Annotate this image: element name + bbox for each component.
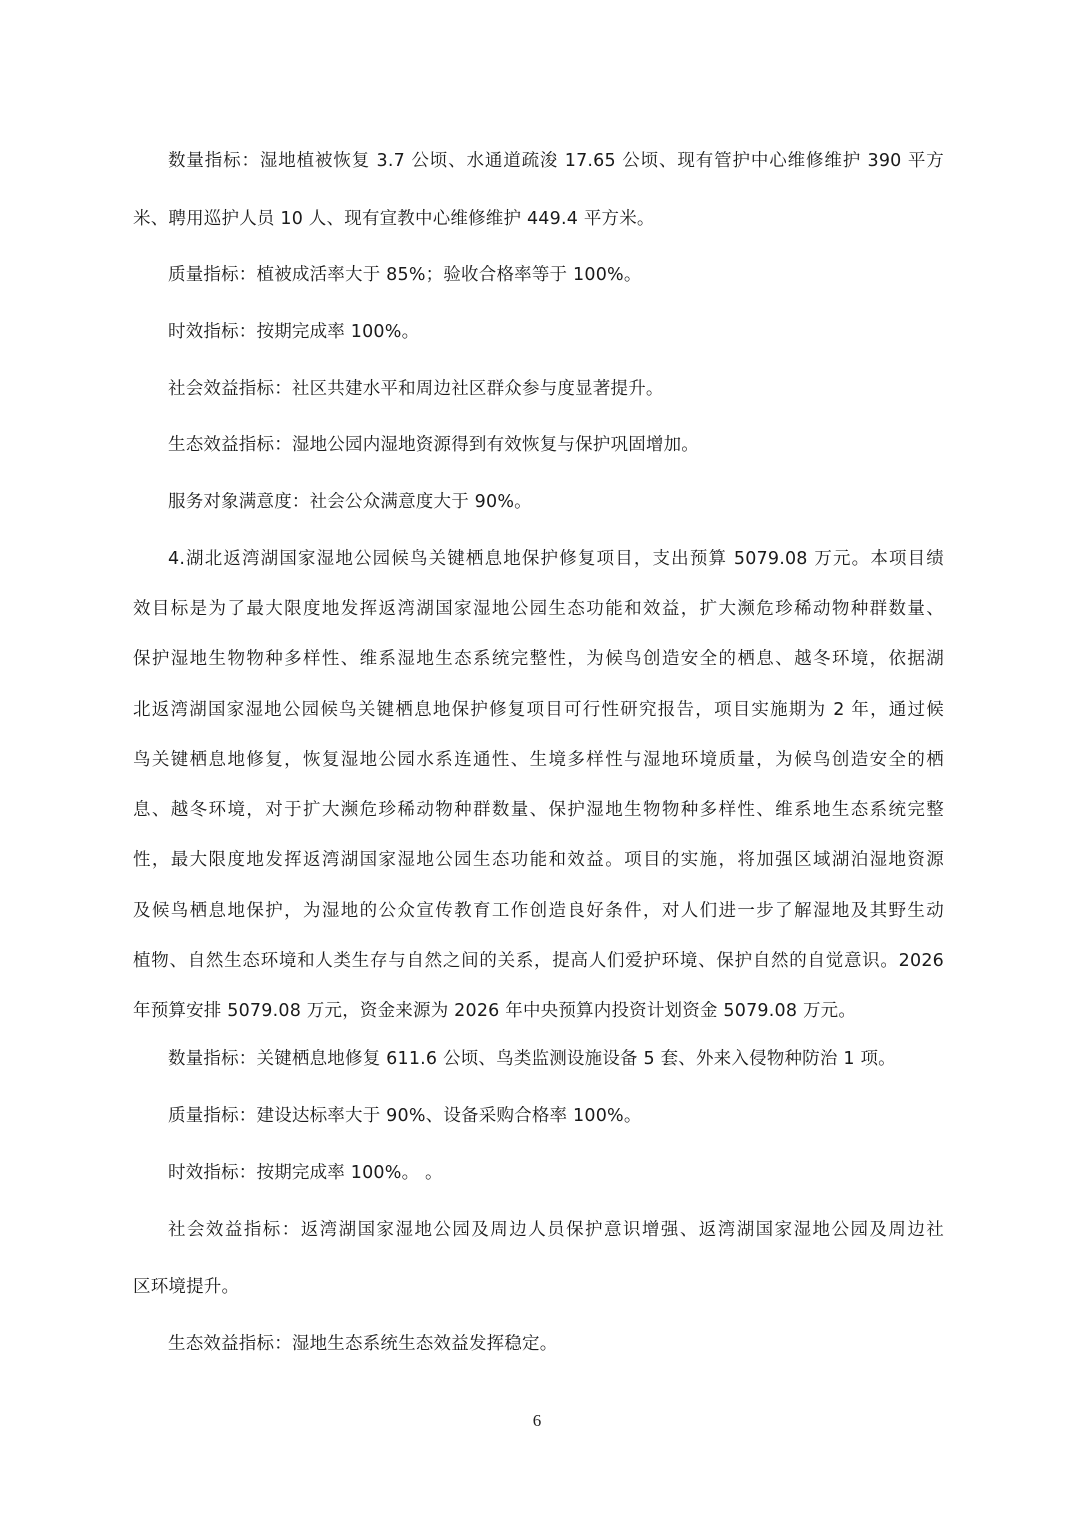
text-line: 质量指标：植被成活率大于 85%；验收合格率等于 100%。 — [133, 263, 642, 287]
text-line: 区环境提升。 — [133, 1275, 239, 1299]
text-line: 社会效益指标：社区共建水平和周边社区群众参与度显著提升。 — [133, 377, 664, 401]
text-line: 保护湿地生物物种多样性、维系湿地生态系统完整性，为候鸟创造安全的栖息、越冬环境，… — [133, 647, 944, 671]
text-line: 生态效益指标：湿地生态系统生态效益发挥稳定。 — [133, 1332, 557, 1356]
text-line: 时效指标：按期完成率 100%。 。 — [133, 1161, 443, 1185]
text-line: 性，最大限度地发挥返湾湖国家湿地公园生态功能和效益。项目的实施，将加强区域湖泊湿… — [133, 848, 944, 872]
text-line: 数量指标：湿地植被恢复 3.7 公顷、水通道疏浚 17.65 公顷、现有管护中心… — [133, 149, 944, 173]
text-line: 时效指标：按期完成率 100%。 — [133, 320, 419, 344]
text-line: 年预算安排 5079.08 万元，资金来源为 2026 年中央预算内投资计划资金… — [133, 999, 856, 1023]
text-line: 植物、自然生态环境和人类生存与自然之间的关系，提高人们爱护环境、保护自然的自觉意… — [133, 949, 944, 973]
text-line: 息、越冬环境，对于扩大濒危珍稀动物种群数量、保护湿地生物物种多样性、维系地生态系… — [133, 798, 944, 822]
text-line: 米、聘用巡护人员 10 人、现有宣教中心维修维护 449.4 平方米。 — [133, 207, 655, 231]
text-line: 及候鸟栖息地保护，为湿地的公众宣传教育工作创造良好条件，对人们进一步了解湿地及其… — [133, 899, 944, 923]
text-line: 4.湖北返湾湖国家湿地公园候鸟关键栖息地保护修复项目，支出预算 5079.08 … — [133, 547, 944, 571]
text-line: 社会效益指标：返湾湖国家湿地公园及周边人员保护意识增强、返湾湖国家湿地公园及周边… — [133, 1218, 944, 1242]
text-line: 服务对象满意度：社会公众满意度大于 90%。 — [133, 490, 532, 514]
text-line: 效目标是为了最大限度地发挥返湾湖国家湿地公园生态功能和效益，扩大濒危珍稀动物种群… — [133, 597, 944, 621]
text-line: 质量指标：建设达标率大于 90%、设备采购合格率 100%。 — [133, 1104, 642, 1128]
text-line: 北返湾湖国家湿地公园候鸟关键栖息地保护修复项目可行性研究报告，项目实施期为 2 … — [133, 698, 944, 722]
page-number: 6 — [0, 1411, 1074, 1431]
text-line: 生态效益指标：湿地公园内湿地资源得到有效恢复与保护巩固增加。 — [133, 433, 699, 457]
text-line: 数量指标：关键栖息地修复 611.6 公顷、鸟类监测设施设备 5 套、外来入侵物… — [133, 1047, 896, 1071]
text-line: 鸟关键栖息地修复，恢复湿地公园水系连通性、生境多样性与湿地环境质量，为候鸟创造安… — [133, 748, 944, 772]
